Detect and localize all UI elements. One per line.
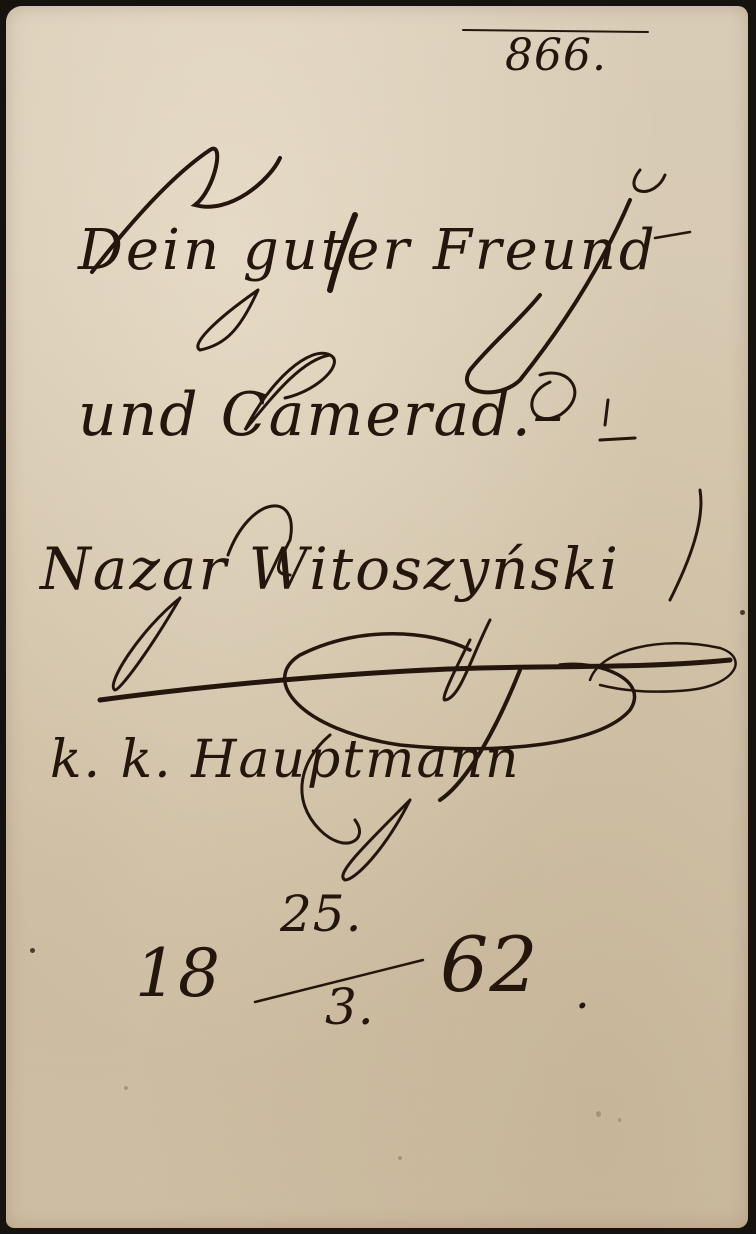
paper-speck — [124, 1086, 128, 1090]
dedication-line-2: und Camerad.– — [78, 380, 565, 450]
date-month: 3. — [325, 978, 375, 1036]
signature-rank: k. k. Hauptmann — [50, 730, 520, 790]
photo-card-back — [6, 6, 748, 1228]
date-terminal-dot: . — [575, 965, 591, 1019]
date-day: 25. — [280, 885, 363, 943]
date-year: 62 — [440, 920, 539, 1009]
paper-speck — [596, 1111, 601, 1117]
signature-name: Nazar Witoszyński — [40, 535, 620, 603]
dedication-line-1: Dein guter Freund — [78, 218, 658, 283]
paper-speck — [398, 1156, 402, 1160]
ink-dot — [740, 610, 745, 615]
catalog-number: 866. — [505, 30, 607, 81]
ink-dot — [30, 948, 35, 953]
date-century: 18 — [135, 935, 221, 1012]
paper-speck — [618, 1118, 621, 1122]
